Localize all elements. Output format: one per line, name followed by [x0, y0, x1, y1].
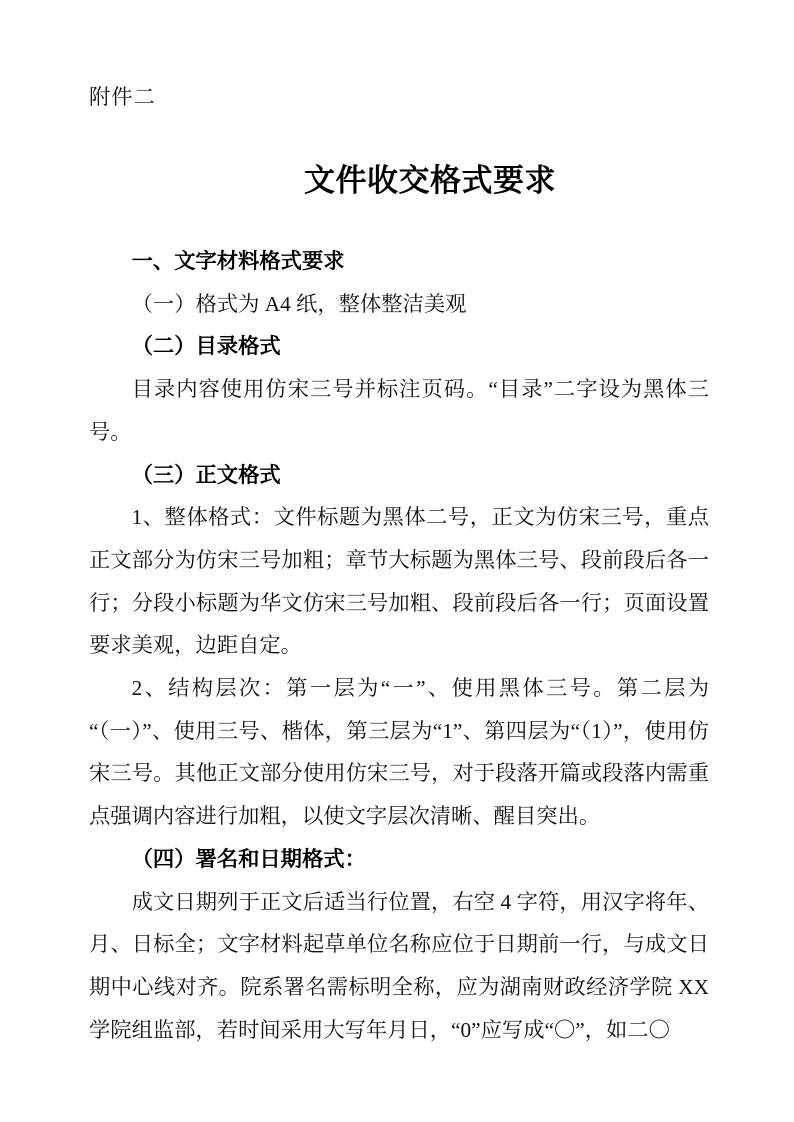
- subsection-heading-4: （四）署名和日期格式：: [89, 838, 709, 881]
- paragraph-structure-levels: 2、结构层次：第一层为“一”、使用黑体三号。第二层为“（一）”、使用三号、楷体，…: [89, 667, 709, 838]
- paragraph-signature-date: 成文日期列于正文后适当行位置，右空 4 字符，用汉字将年、月、日标全；文字材料起…: [89, 881, 709, 1052]
- document-title: 文件收交格式要求: [89, 157, 709, 205]
- paragraph-overall-format: 1、整体格式：文件标题为黑体二号，正文为仿宋三号，重点正文部分为仿宋三号加粗；章…: [89, 496, 709, 667]
- subsection-line-1: （一）格式为 A4 纸，整体整洁美观: [89, 283, 709, 326]
- subsection-heading-3: （三）正文格式: [89, 454, 709, 497]
- section-heading-1: 一、文字材料格式要求: [89, 240, 709, 283]
- document-page: 附件二 文件收交格式要求 一、文字材料格式要求 （一）格式为 A4 纸，整体整洁…: [0, 0, 794, 1122]
- document-body: 一、文字材料格式要求 （一）格式为 A4 纸，整体整洁美观 （二）目录格式 目录…: [89, 240, 709, 1051]
- paragraph-catalog-format: 目录内容使用仿宋三号并标注页码。“目录”二字设为黑体三号。: [89, 368, 709, 453]
- subsection-heading-2: （二）目录格式: [89, 325, 709, 368]
- attachment-label: 附件二: [89, 76, 709, 119]
